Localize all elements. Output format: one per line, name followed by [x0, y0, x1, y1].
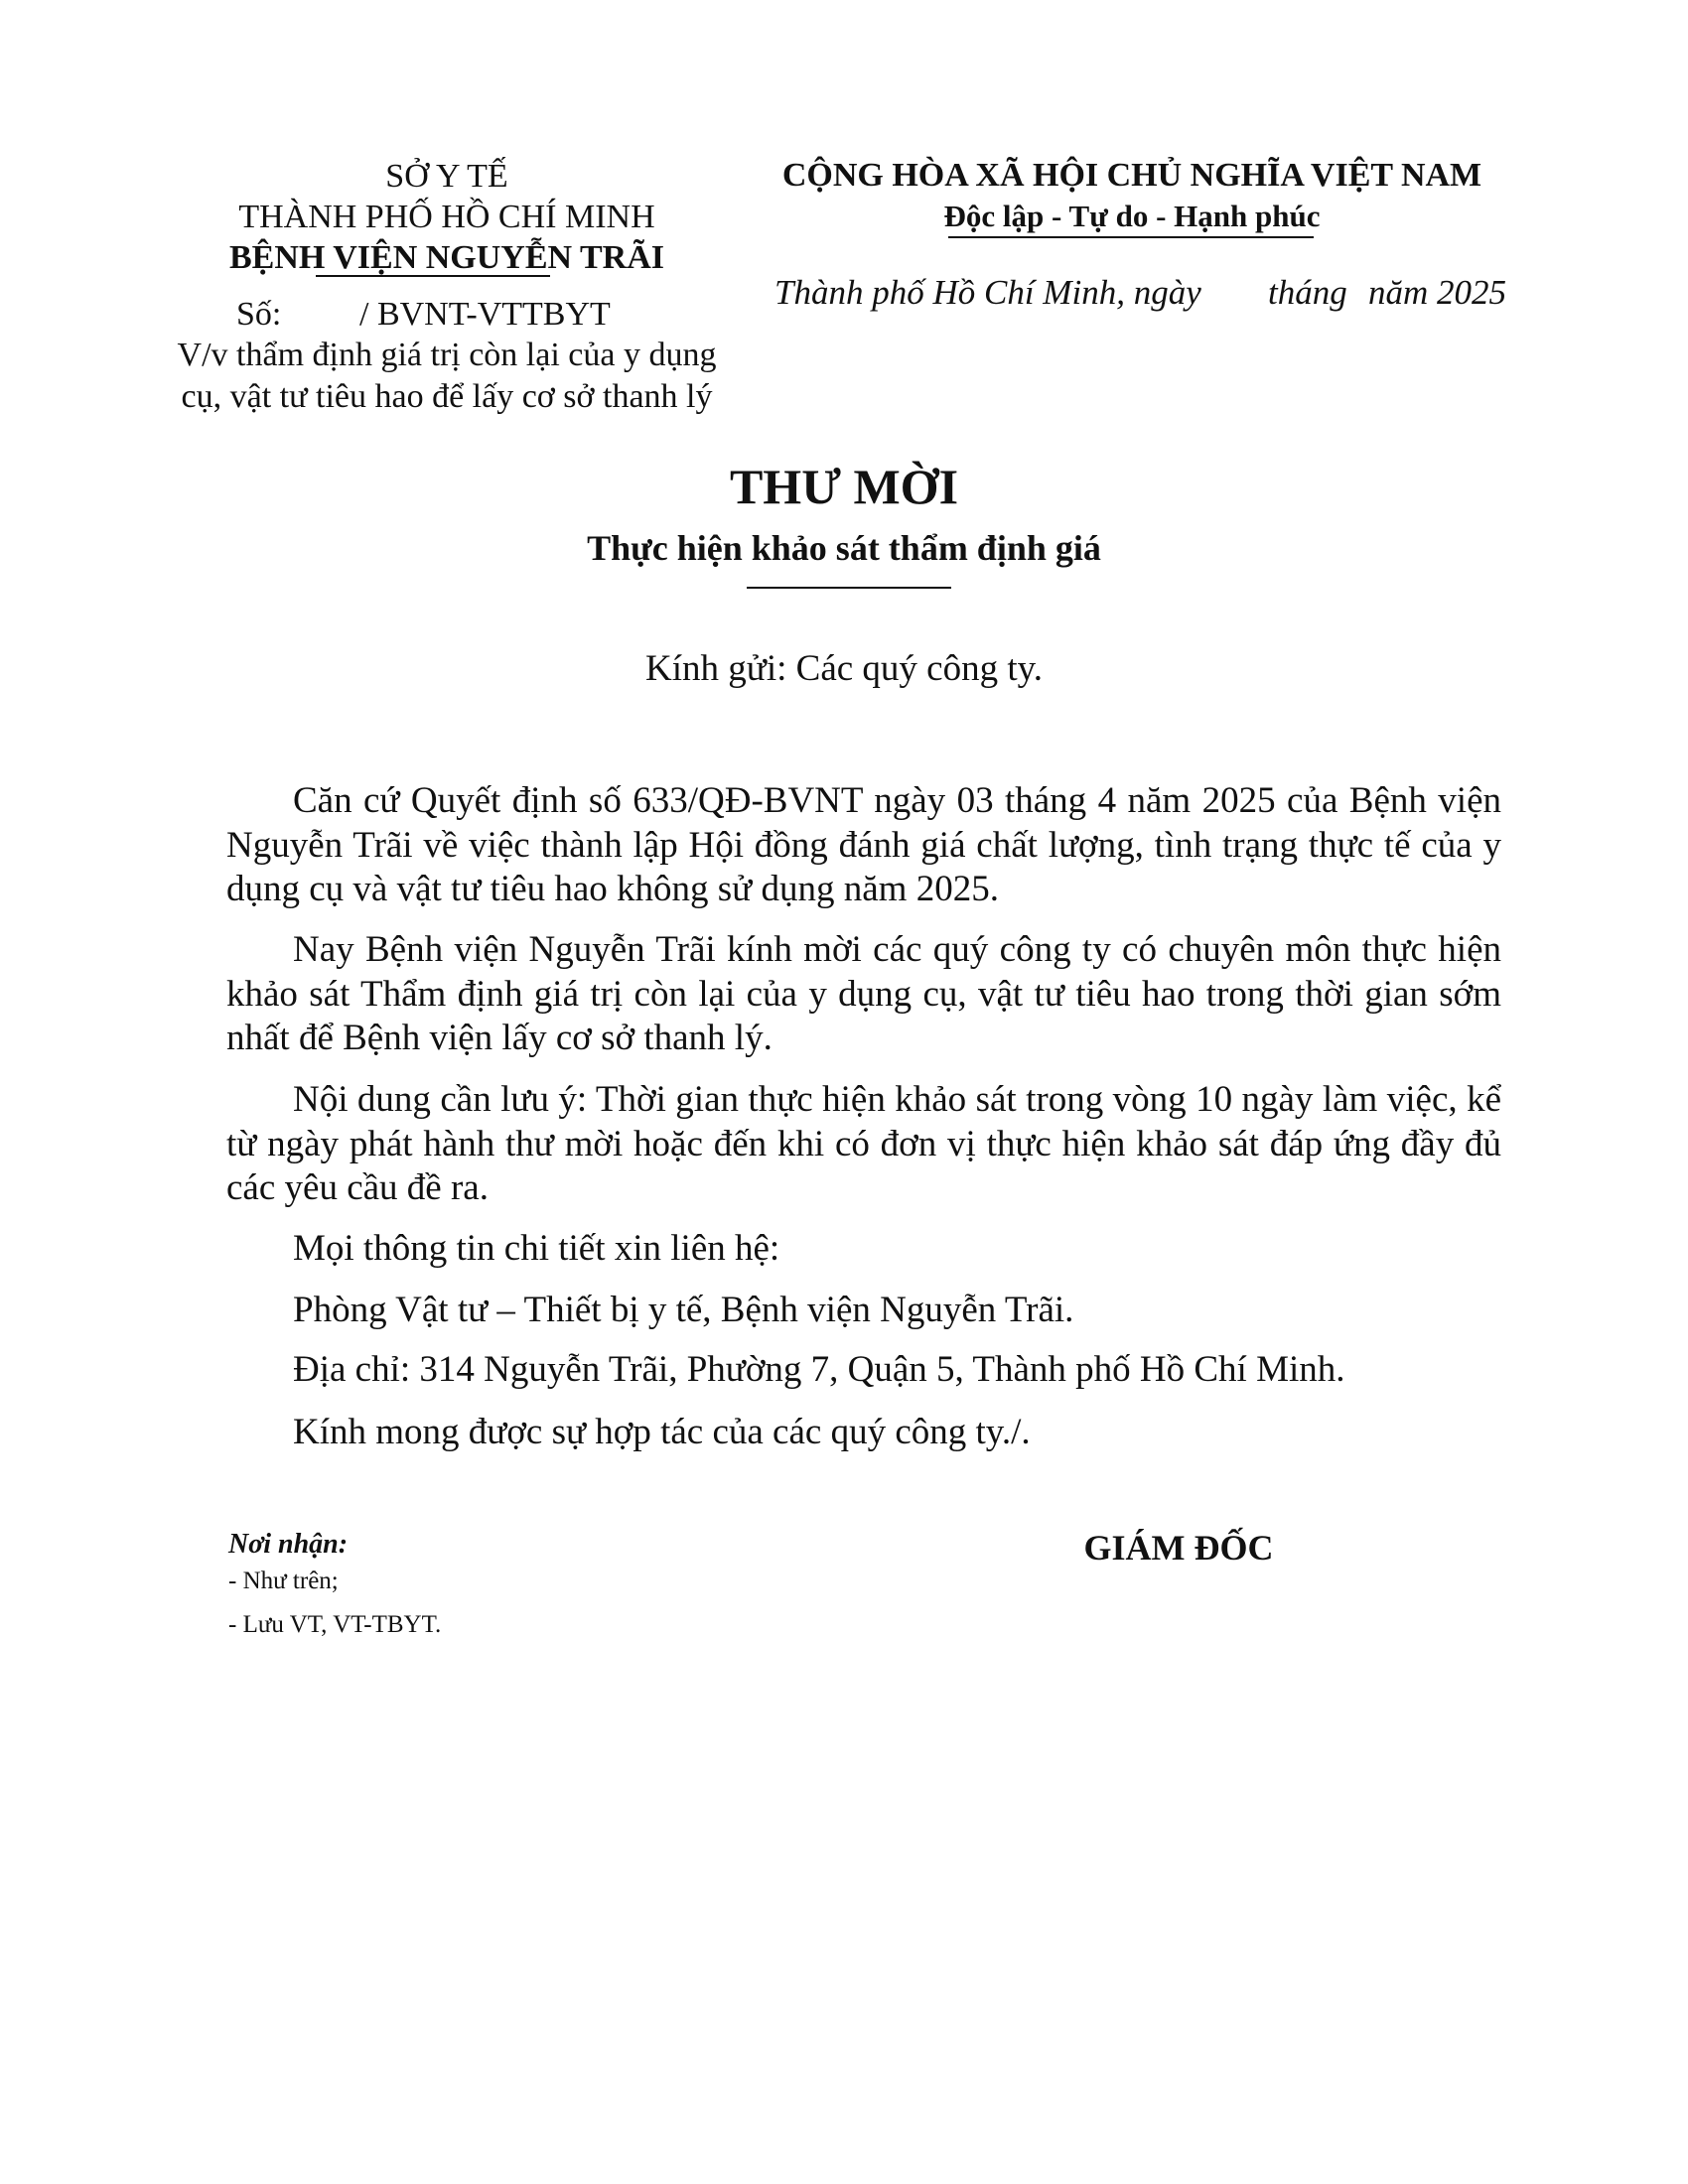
recipients-title: Nơi nhận: [228, 1529, 348, 1561]
signature-position: GIÁM ĐỐC [980, 1527, 1377, 1569]
title-rule [747, 587, 951, 589]
contact-intro: Mọi thông tin chi tiết xin liên hệ: [293, 1227, 779, 1272]
national-motto: Độc lập - Tự do - Hạnh phúc [735, 199, 1529, 234]
document-subtitle: Thực hiện khảo sát thẩm định giá [447, 527, 1241, 569]
country-name: CỘNG HÒA XÃ HỘI CHỦ NGHĨA VIỆT NAM [735, 156, 1529, 196]
contact-department: Phòng Vật tư – Thiết bị y tế, Bệnh viện … [293, 1289, 1073, 1333]
subject-line-1: V/v thẩm định giá trị còn lại của y dụng [149, 336, 745, 375]
date-month: tháng [1268, 273, 1347, 313]
paragraph-legal-basis: Căn cứ Quyết định số 633/QĐ-BVNT ngày 03… [226, 779, 1501, 912]
organization-name: BỆNH VIỆN NGUYỄN TRÃI [149, 238, 745, 278]
agency-name: SỞ Y TẾ [149, 157, 745, 197]
date-place: Thành phố Hồ Chí Minh, ngày [774, 273, 1201, 313]
document-title: THƯ MỜI [447, 459, 1241, 514]
paragraph-notes: Nội dung cần lưu ý: Thời gian thực hiện … [226, 1078, 1501, 1211]
date-year: năm 2025 [1368, 273, 1506, 313]
paragraph-invitation: Nay Bệnh viện Nguyễn Trãi kính mời các q… [226, 928, 1501, 1061]
agency-city: THÀNH PHỐ HỒ CHÍ MINH [149, 198, 745, 237]
contact-address: Địa chỉ: 314 Nguyễn Trãi, Phường 7, Quận… [293, 1348, 1345, 1393]
document-number: / BVNT-VTTBYT [359, 295, 611, 335]
salutation: Kính gửi: Các quý công ty. [447, 647, 1241, 692]
recipient-item: - Như trên; [228, 1568, 339, 1595]
document-number-label: Số: [236, 295, 281, 335]
motto-underline [948, 236, 1314, 238]
subject-line-2: cụ, vật tư tiêu hao để lấy cơ sở thanh l… [149, 377, 745, 417]
closing-line: Kính mong được sự hợp tác của các quý cô… [293, 1411, 1031, 1455]
organization-underline [316, 275, 550, 277]
recipient-item: - Lưu VT, VT-TBYT. [228, 1611, 441, 1639]
